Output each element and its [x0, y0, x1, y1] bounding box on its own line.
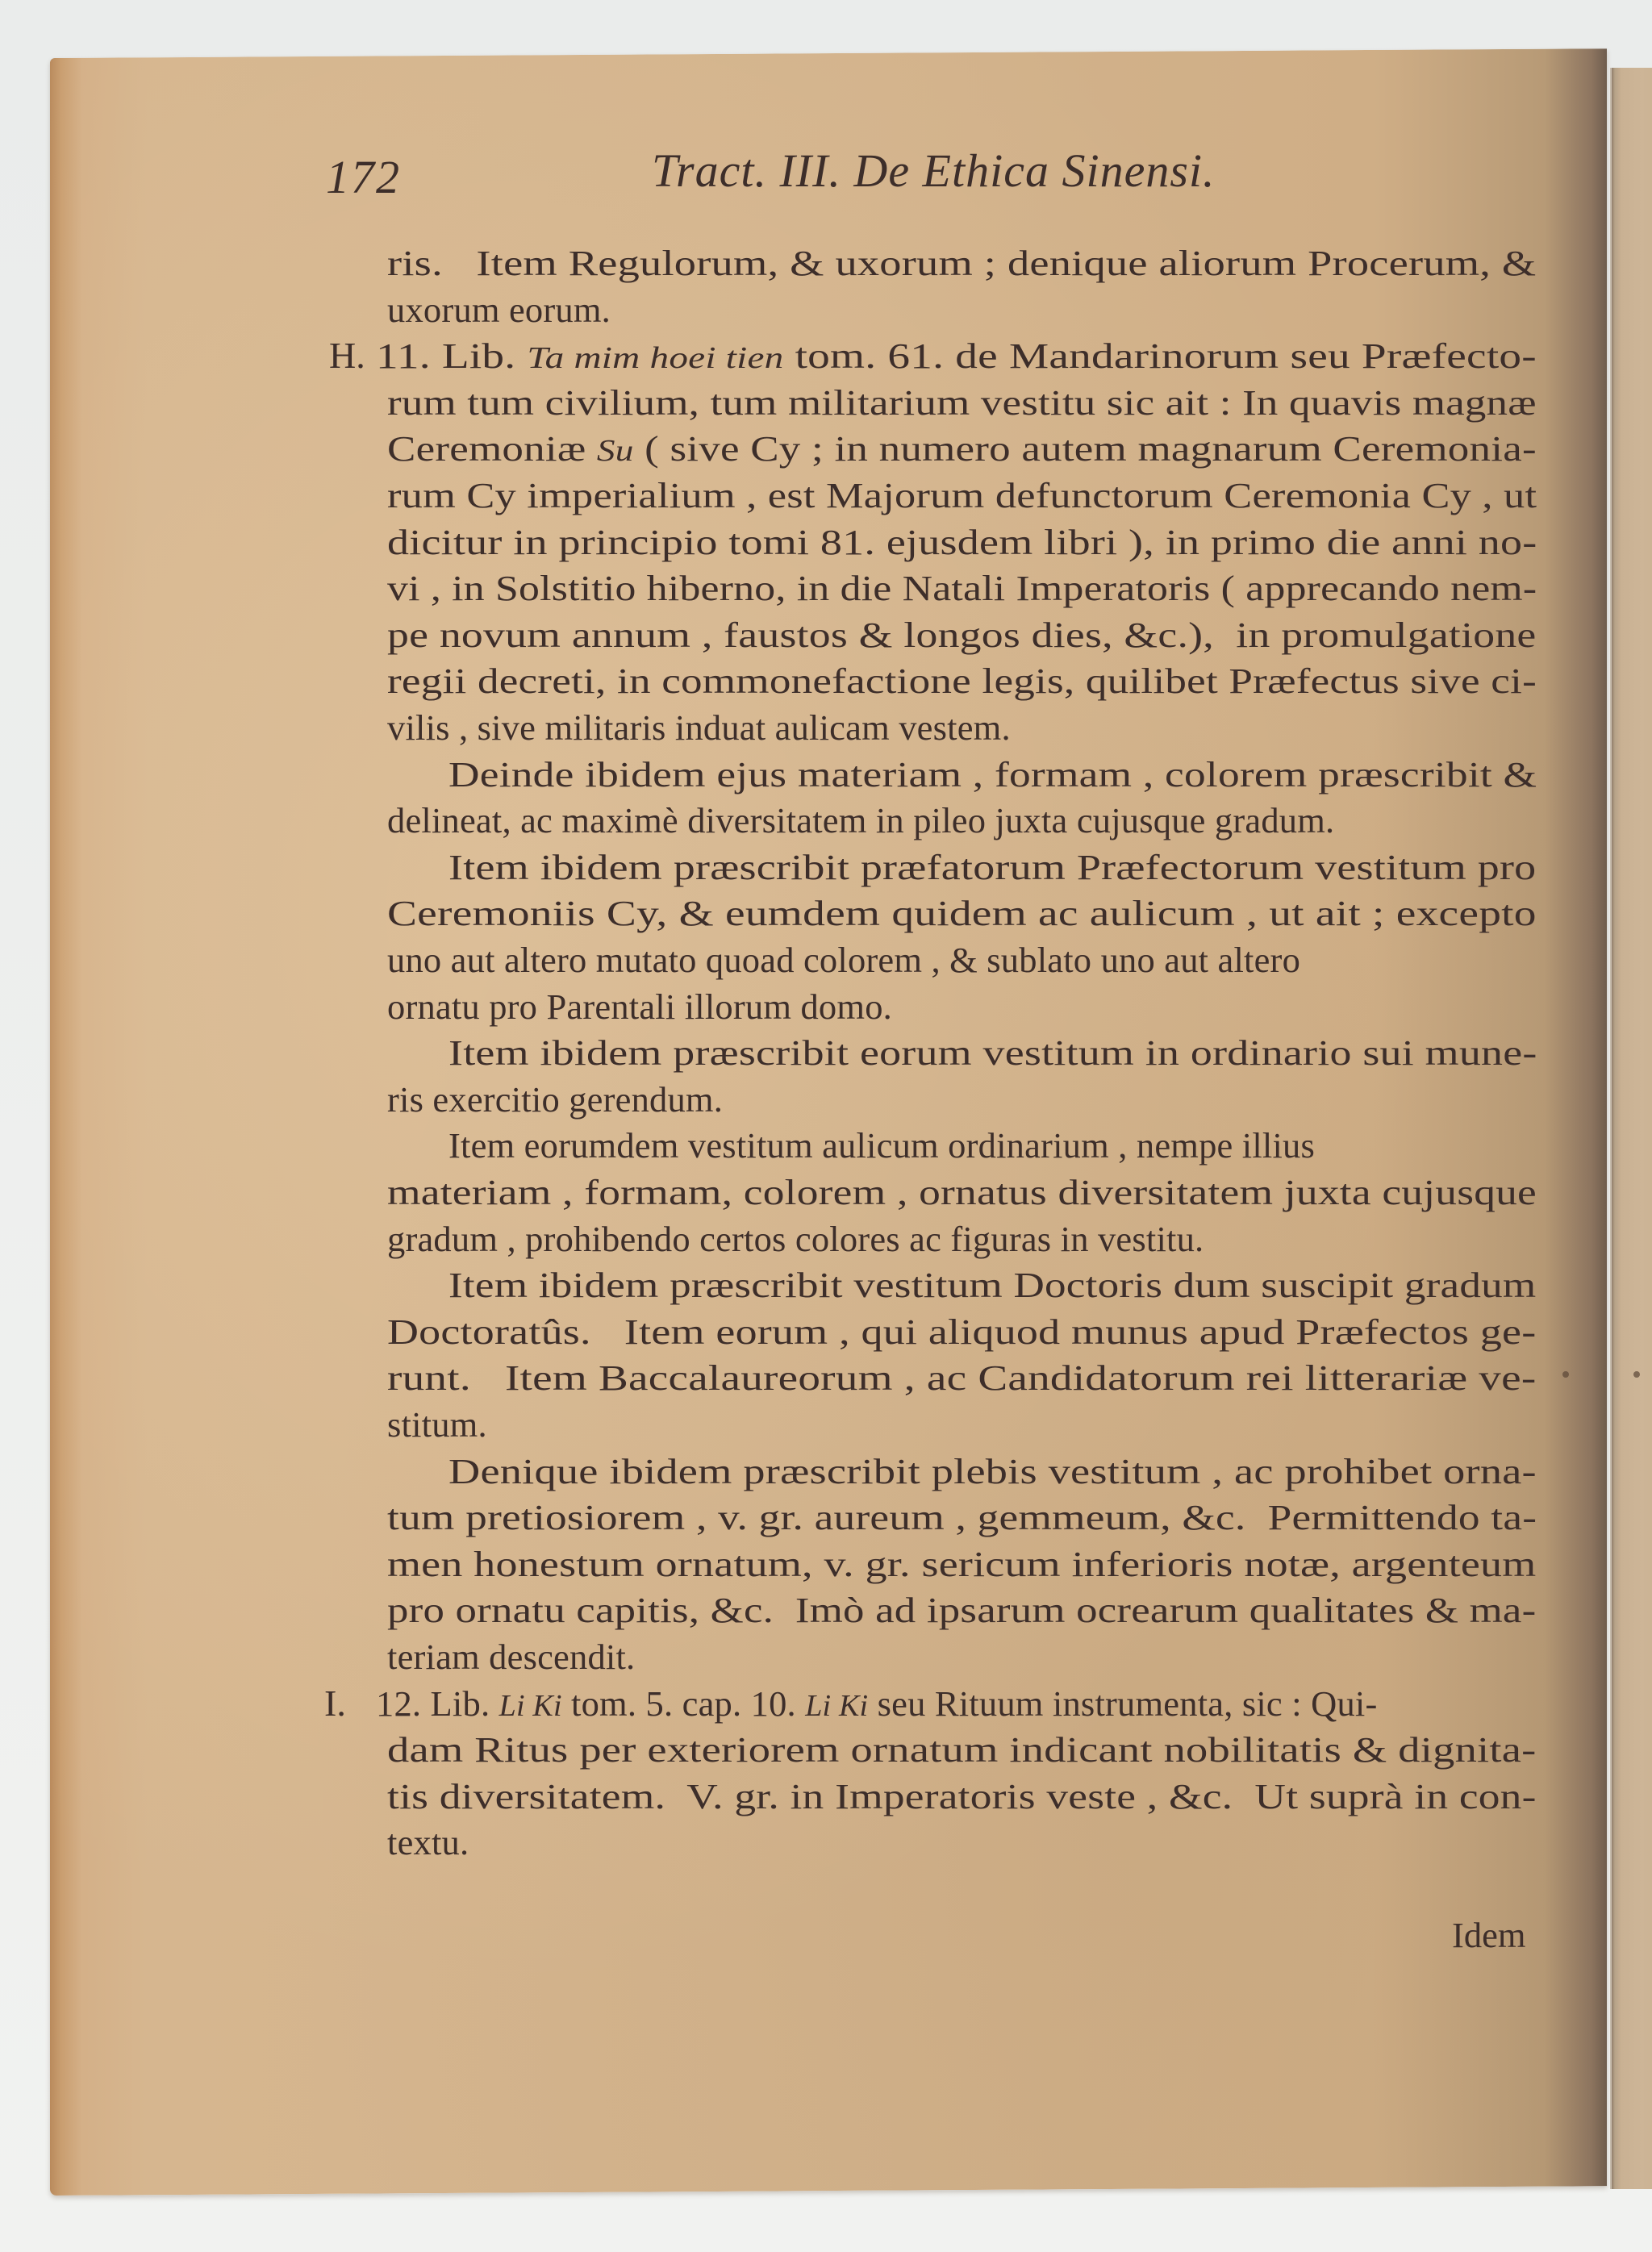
text-line: Deinde ibidem ejus materiam , formam , c…: [448, 753, 1537, 795]
page-content: 172 Tract. III. De Ethica Sinensi. ris. …: [0, 0, 1652, 2252]
italic-transliteration: Li Ki: [805, 1689, 868, 1723]
text-line: textu.: [387, 1821, 469, 1863]
text-line: rum tum civilium, tum militarium vestitu…: [387, 382, 1537, 423]
page-number: 172: [326, 150, 401, 204]
text-line: Denique ibidem præscribit plebis vestitu…: [448, 1450, 1537, 1492]
text-line: 12. Lib. Li Ki tom. 5. cap. 10. Li Ki se…: [376, 1683, 1377, 1727]
text-line: vi , in Solstitio hiberno, in die Natali…: [387, 567, 1537, 609]
text-line: ris. Item Regulorum, & uxorum ; denique …: [387, 242, 1536, 284]
text-line: tis diversitatem. V. gr. in Imperatoris …: [387, 1775, 1537, 1817]
text-line: Item ibidem præscribit vestitum Doctoris…: [448, 1264, 1536, 1306]
text-line: teriam descendit.: [387, 1636, 635, 1678]
text-line: delineat, ac maximè diversitatem in pile…: [387, 799, 1334, 841]
text-line: Item ibidem præscribit præfatorum Præfec…: [448, 846, 1536, 888]
text-line: regii decreti, in commonefactione legis,…: [387, 660, 1537, 702]
text-line: Item ibidem præscribit eorum vestitum in…: [448, 1032, 1537, 1074]
italic-transliteration: Ta mim hoei tien: [527, 341, 783, 375]
text-line: vilis , sive militaris induat aulicam ve…: [387, 707, 1011, 749]
text-line: dicitur in principio tomi 81. ejusdem li…: [387, 521, 1537, 563]
text-line: gradum , prohibendo certos colores ac fi…: [387, 1218, 1204, 1260]
text-line: pe novum annum , faustos & longos dies, …: [387, 614, 1536, 656]
section-marker: I.: [324, 1683, 346, 1724]
text-line: uno aut altero mutato quoad colorem , & …: [387, 939, 1300, 981]
pin-hole-mark: [1633, 1371, 1640, 1378]
catchword: Idem: [1452, 1914, 1525, 1956]
running-head: 172 Tract. III. De Ethica Sinensi.: [0, 144, 1652, 208]
text-line: tum pretiosiorem , v. gr. aureum , gemme…: [387, 1496, 1537, 1538]
text-line: materiam , formam, colorem , ornatus div…: [387, 1171, 1537, 1213]
text-line: stitum.: [387, 1403, 487, 1445]
text-line: Item eorumdem vestitum aulicum ordinariu…: [448, 1124, 1315, 1166]
section-marker: H.: [329, 335, 365, 377]
text-line: Doctoratûs. Item eorum , qui aliquod mun…: [387, 1311, 1536, 1353]
text-line: rum Cy imperialium , est Majorum defunct…: [387, 474, 1537, 516]
text-line: Ceremoniis Cy, & eumdem quidem ac aulicu…: [387, 892, 1537, 934]
text-line: dam Ritus per exteriorem ornatum indican…: [387, 1729, 1537, 1770]
italic-transliteration: Li Ki: [499, 1689, 562, 1723]
text-line: ornatu pro Parentali illorum domo.: [387, 986, 892, 1028]
text-line: 11. Lib. Ta mim hoei tien tom. 61. de Ma…: [376, 335, 1537, 379]
running-head-title: Tract. III. De Ethica Sinensi.: [652, 144, 1216, 198]
pin-hole-mark: [1562, 1371, 1569, 1378]
text-line: uxorum eorum.: [387, 289, 611, 331]
text-line: runt. Item Baccalaureorum , ac Candidato…: [387, 1357, 1536, 1399]
text-line: men honestum ornatum, v. gr. sericum inf…: [387, 1543, 1536, 1585]
italic-transliteration: Su: [597, 434, 634, 468]
scan-background: 172 Tract. III. De Ethica Sinensi. ris. …: [0, 0, 1652, 2252]
text-line: pro ornatu capitis, &c. Imò ad ipsarum o…: [387, 1589, 1536, 1631]
text-line: ris exercitio gerendum.: [387, 1078, 723, 1120]
text-line: Ceremoniæ Su ( sive Cy ; in numero autem…: [387, 427, 1537, 472]
